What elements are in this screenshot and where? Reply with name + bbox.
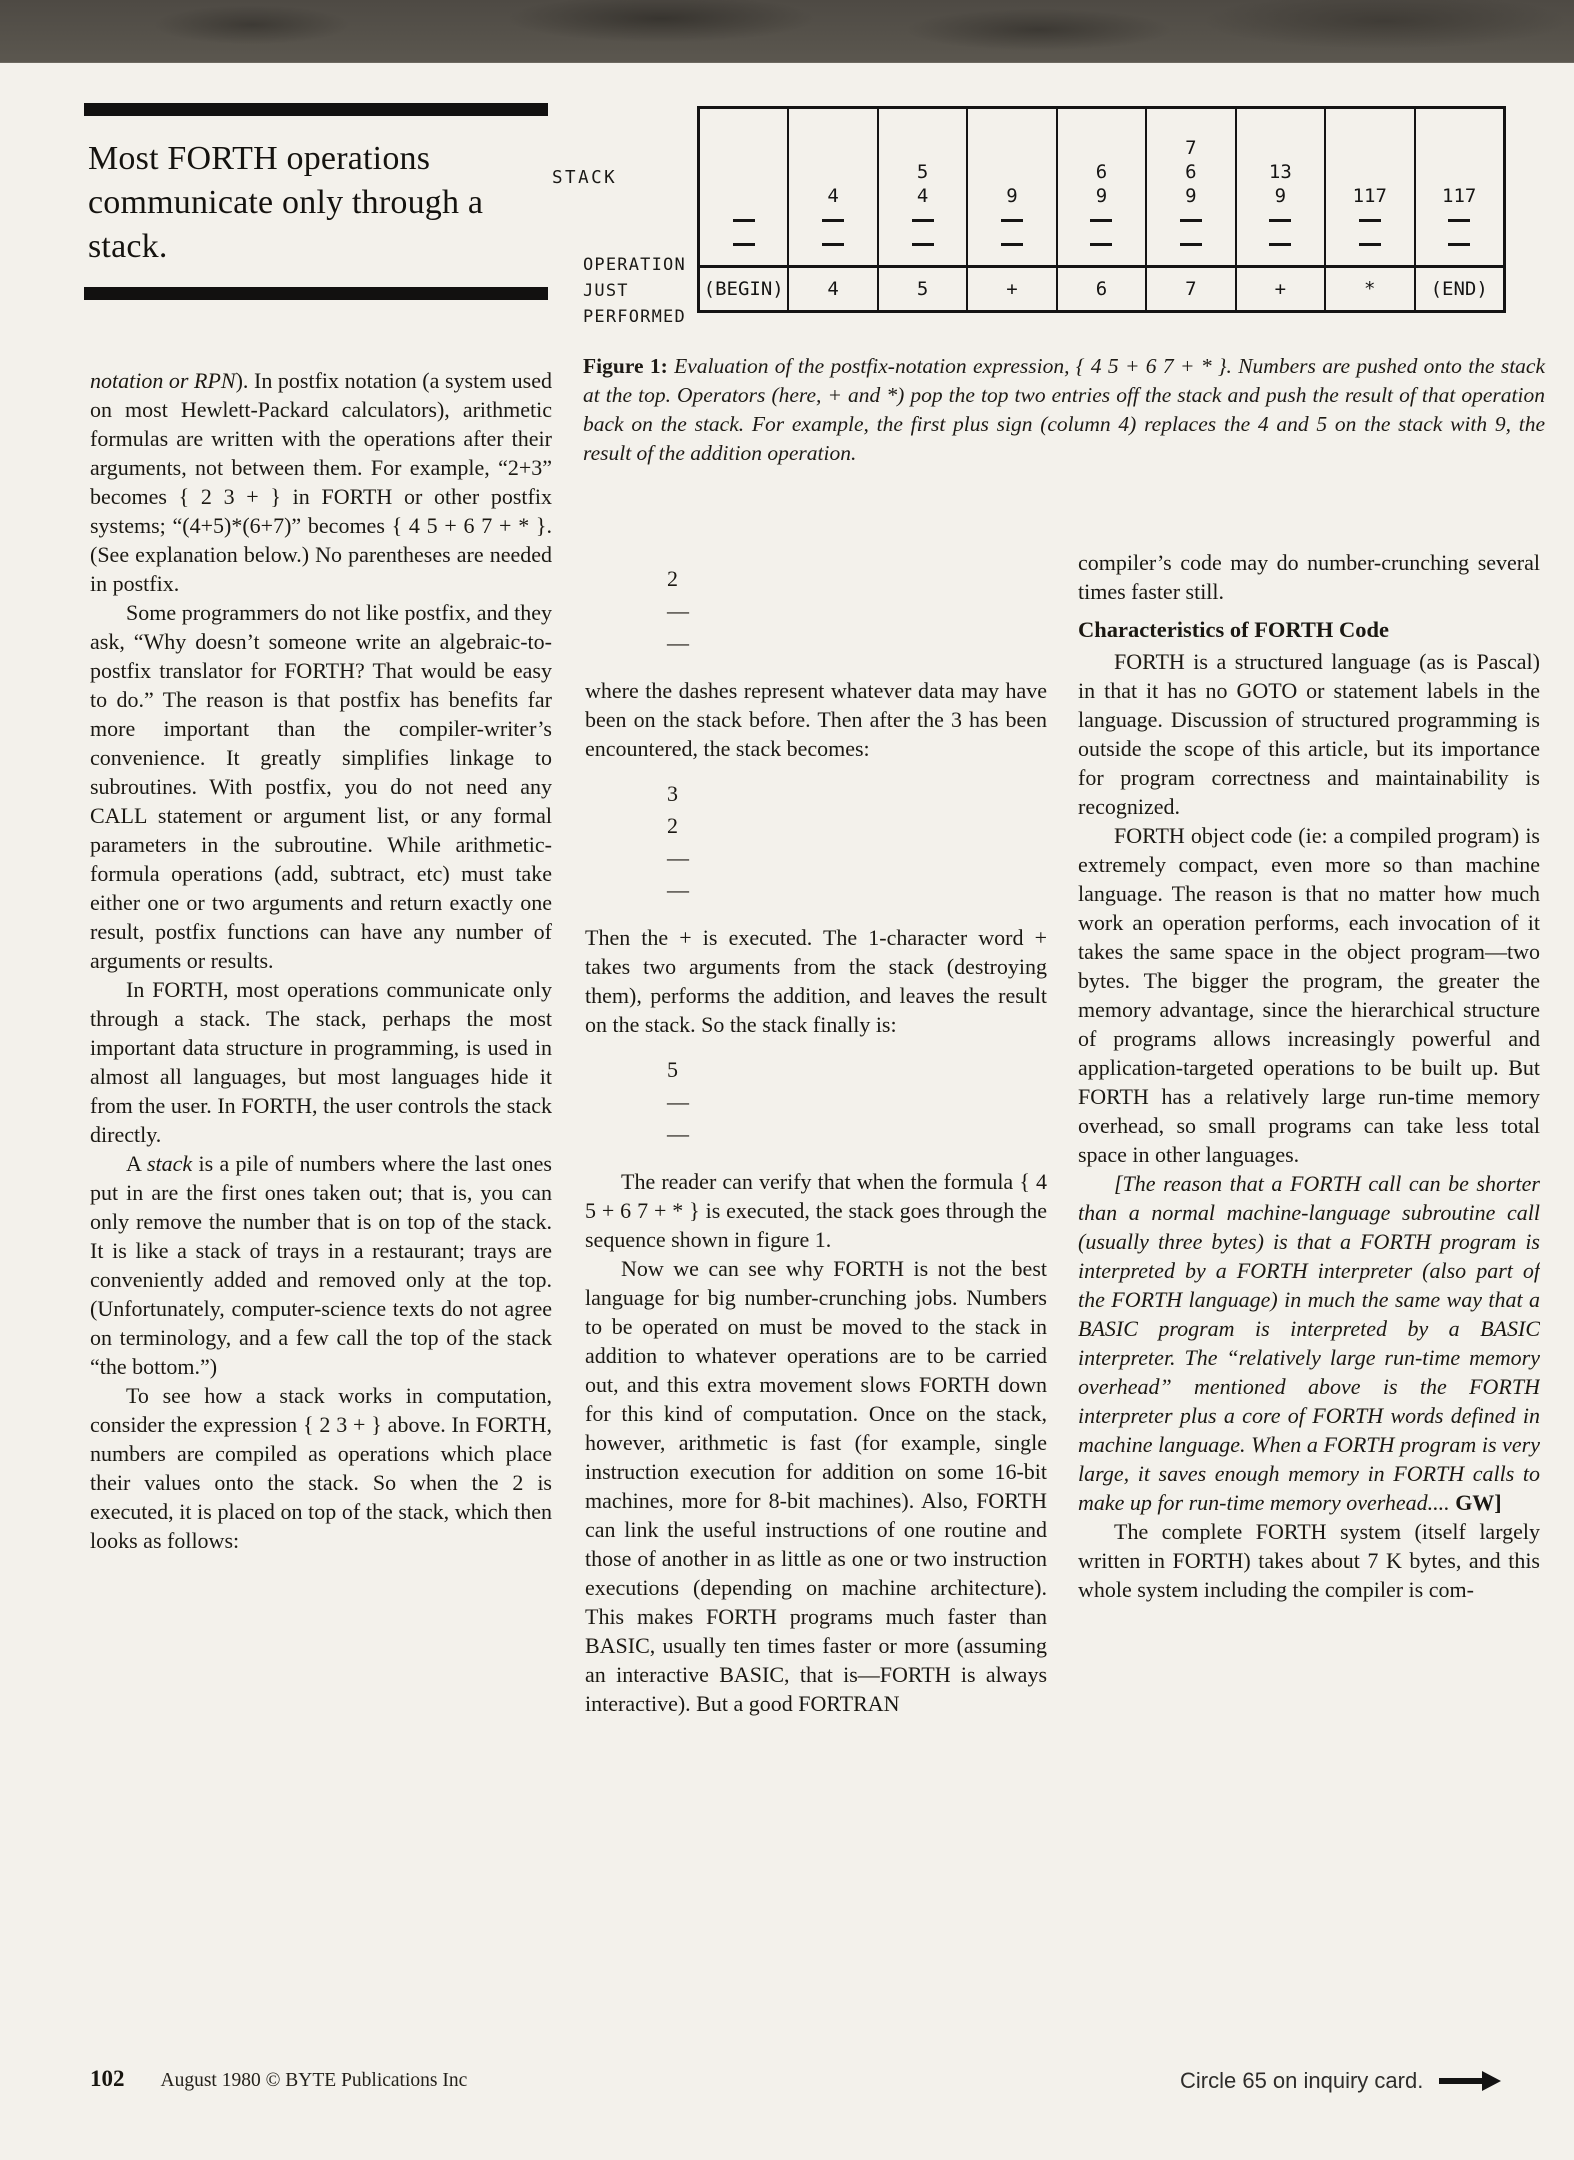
paragraph: In FORTH, most operations communicate on… xyxy=(90,975,552,1149)
footer-right: Circle 65 on inquiry card. xyxy=(1180,2068,1501,2094)
operation-cell: (BEGIN) xyxy=(700,268,789,310)
stack-value: 117 xyxy=(1416,184,1503,208)
stack-cell: 117 xyxy=(1416,109,1503,265)
pull-quote-text: Most FORTH operations communicate only t… xyxy=(88,137,486,269)
footer-left: 102 August 1980 © BYTE Publications Inc xyxy=(90,2066,467,2092)
stack-dash xyxy=(1416,208,1503,232)
italic-term: notation or RPN xyxy=(90,368,236,393)
stack-dash xyxy=(1058,208,1145,232)
figure1-table: 454969769139117117 (BEGIN)45+67+*(END) xyxy=(697,106,1506,313)
stack-value xyxy=(789,136,876,160)
editor-note-text: [The reason that a FORTH call can be sho… xyxy=(1078,1171,1540,1515)
operation-cell: 6 xyxy=(1058,268,1147,310)
figure1-op-row: (BEGIN)45+67+*(END) xyxy=(700,268,1503,310)
stack-dash xyxy=(968,232,1055,256)
text-column-2: 2—— where the dashes represent whatever … xyxy=(585,548,1047,2038)
stack-value: 2 xyxy=(667,810,1047,842)
stack-dash xyxy=(879,232,966,256)
stack-value xyxy=(700,136,787,160)
figure1-operation-label: OPERATION JUST PERFORMED xyxy=(583,252,686,330)
stack-dash: — xyxy=(667,842,1047,874)
stack-cell: 9 xyxy=(968,109,1057,265)
figure1-stack-label: STACK xyxy=(552,168,617,188)
operation-cell: + xyxy=(968,268,1057,310)
stack-value: 4 xyxy=(879,184,966,208)
stack-value xyxy=(1058,136,1145,160)
paragraph: notation or RPN). In postfix notation (a… xyxy=(90,366,552,598)
paragraph: where the dashes represent whatever data… xyxy=(585,676,1047,763)
operation-cell: + xyxy=(1237,268,1326,310)
paragraph: A stack is a pile of numbers where the l… xyxy=(90,1149,552,1381)
stack-value: 5 xyxy=(667,1054,1047,1086)
stack-value: 9 xyxy=(1147,184,1234,208)
stack-value: 7 xyxy=(1147,136,1234,160)
editor-initials: GW] xyxy=(1455,1490,1501,1515)
paragraph: FORTH is a structured language (as is Pa… xyxy=(1078,647,1540,821)
stack-display: 32—— xyxy=(667,778,1047,906)
stack-cell: 769 xyxy=(1147,109,1236,265)
stack-cell: 54 xyxy=(879,109,968,265)
paragraph: The complete FORTH system (itself largel… xyxy=(1078,1517,1540,1604)
stack-dash xyxy=(1326,208,1413,232)
stack-value xyxy=(968,136,1055,160)
stack-value: 6 xyxy=(1058,160,1145,184)
stack-value xyxy=(879,136,966,160)
stack-dash xyxy=(789,232,876,256)
paragraph: Then the + is executed. The 1-character … xyxy=(585,923,1047,1039)
stack-value xyxy=(789,160,876,184)
stack-dash xyxy=(1416,232,1503,256)
section-heading: Characteristics of FORTH Code xyxy=(1078,615,1540,644)
stack-dash xyxy=(1237,208,1324,232)
stack-display: 2—— xyxy=(667,563,1047,659)
stack-dash xyxy=(700,232,787,256)
pull-quote-block: Most FORTH operations communicate only t… xyxy=(84,103,548,300)
stack-dash xyxy=(700,208,787,232)
pull-quote-top-rule xyxy=(84,103,548,116)
paragraph: The reader can verify that when the form… xyxy=(585,1167,1047,1254)
stack-dash: — xyxy=(667,874,1047,906)
paragraph: [The reason that a FORTH call can be sho… xyxy=(1078,1169,1540,1517)
figure1-stack-row: 454969769139117117 xyxy=(700,109,1503,268)
operation-cell: 7 xyxy=(1147,268,1236,310)
stack-dash xyxy=(879,208,966,232)
stack-dash: — xyxy=(667,627,1047,659)
stack-cell: 117 xyxy=(1326,109,1415,265)
operation-cell: 5 xyxy=(879,268,968,310)
stack-value xyxy=(968,160,1055,184)
stack-dash xyxy=(789,208,876,232)
stack-cell: 69 xyxy=(1058,109,1147,265)
text-column-1: notation or RPN). In postfix notation (a… xyxy=(90,366,552,2034)
stack-dash xyxy=(1147,232,1234,256)
stack-value: 3 xyxy=(667,778,1047,810)
stack-dash xyxy=(968,208,1055,232)
stack-dash: — xyxy=(667,1086,1047,1118)
paragraph: compiler’s code may do number-crunching … xyxy=(1078,548,1540,606)
operation-label-line: OPERATION xyxy=(583,252,686,278)
paragraph: FORTH object code (ie: a compiled progra… xyxy=(1078,821,1540,1169)
stack-value xyxy=(700,184,787,208)
text-column-3: compiler’s code may do number-crunching … xyxy=(1078,548,1540,2040)
stack-value: 5 xyxy=(879,160,966,184)
stack-value xyxy=(1416,136,1503,160)
stack-dash xyxy=(1058,232,1145,256)
stack-value xyxy=(1326,160,1413,184)
stack-value: 9 xyxy=(1237,184,1324,208)
italic-term: stack xyxy=(147,1151,192,1176)
magazine-page: Most FORTH operations communicate only t… xyxy=(0,0,1574,2160)
stack-value: 13 xyxy=(1237,160,1324,184)
stack-dash: — xyxy=(667,595,1047,627)
figure-caption-label: Figure 1: xyxy=(583,354,668,378)
paragraph-text: is a pile of numbers where the last ones… xyxy=(90,1151,552,1379)
scan-artifact-band xyxy=(0,0,1574,63)
stack-value xyxy=(1326,136,1413,160)
operation-cell: * xyxy=(1326,268,1415,310)
stack-value: 117 xyxy=(1326,184,1413,208)
operation-cell: 4 xyxy=(789,268,878,310)
figure-caption-text: Evaluation of the postfix-notation expre… xyxy=(583,354,1545,465)
inquiry-card-note: Circle 65 on inquiry card. xyxy=(1180,2068,1423,2094)
stack-dash xyxy=(1326,232,1413,256)
paragraph: Some programmers do not like postfix, an… xyxy=(90,598,552,975)
right-arrow-icon xyxy=(1439,2071,1501,2091)
paragraph-text: A xyxy=(126,1151,147,1176)
paragraph-text: ). In postfix notation (a system used on… xyxy=(90,368,552,596)
stack-value: 9 xyxy=(968,184,1055,208)
stack-display: 5—— xyxy=(667,1054,1047,1150)
stack-dash xyxy=(1147,208,1234,232)
stack-cell: 4 xyxy=(789,109,878,265)
stack-value: 9 xyxy=(1058,184,1145,208)
paragraph: Now we can see why FORTH is not the best… xyxy=(585,1254,1047,1718)
paragraph: To see how a stack works in computation,… xyxy=(90,1381,552,1555)
operation-cell: (END) xyxy=(1416,268,1503,310)
operation-label-line: JUST xyxy=(583,278,686,304)
operation-label-line: PERFORMED xyxy=(583,304,686,330)
stack-value: 2 xyxy=(667,563,1047,595)
page-number: 102 xyxy=(90,2066,125,2092)
figure1-caption: Figure 1: Evaluation of the postfix-nota… xyxy=(583,352,1545,468)
stack-value xyxy=(700,160,787,184)
stack-value xyxy=(1416,160,1503,184)
publication-credit: August 1980 © BYTE Publications Inc xyxy=(161,2070,468,2092)
stack-dash: — xyxy=(667,1118,1047,1150)
pull-quote-bottom-rule xyxy=(84,287,548,300)
stack-cell xyxy=(700,109,789,265)
stack-value xyxy=(1237,136,1324,160)
stack-value: 6 xyxy=(1147,160,1234,184)
stack-value: 4 xyxy=(789,184,876,208)
stack-cell: 139 xyxy=(1237,109,1326,265)
stack-dash xyxy=(1237,232,1324,256)
